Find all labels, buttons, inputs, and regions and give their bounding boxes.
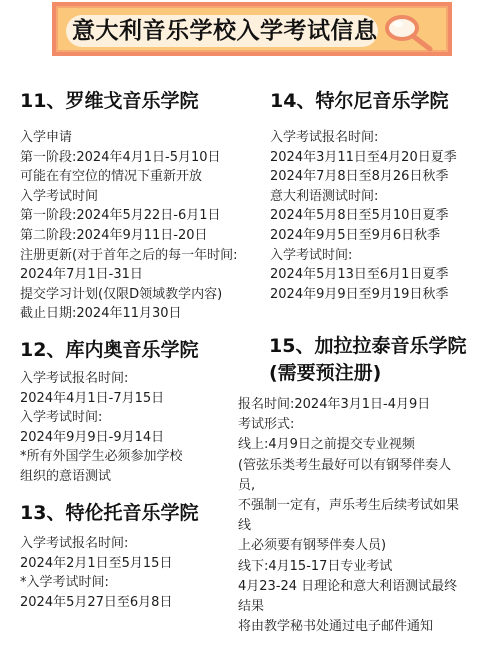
text-line: 2024年9月9日-9月14日 xyxy=(20,428,198,448)
page-title: 意大利音乐学校入学考试信息 xyxy=(72,15,378,47)
text-line: 入学考试时间: xyxy=(20,408,198,428)
text-line: 第二阶段:2024年9月11日-20日 xyxy=(20,226,237,246)
section-title: 13、特伦托音乐学院 xyxy=(20,500,198,526)
text-line: 结果 xyxy=(238,597,466,617)
text-line: 报名时间:2024年3月1日-4月9日 xyxy=(238,395,466,415)
section-subtitle: (需要预注册) xyxy=(238,360,466,387)
section-body: 入学考试报名时间: 2024年4月1日-7月15日 入学考试时间: 2024年9… xyxy=(20,369,198,487)
text-line: 入学考试时间 xyxy=(20,187,237,207)
text-line: 注册更新(对于首年之后的每一年时间: xyxy=(20,246,237,266)
text-line: 将由教学秘书处通过电子邮件通知 xyxy=(238,617,466,637)
text-line: 员, xyxy=(238,476,466,496)
section-trento: 13、特伦托音乐学院 入学考试报名时间: 2024年2月1日至5月15日 *入学… xyxy=(20,500,198,612)
text-line: 线上:4月9日之前提交专业视频 xyxy=(238,435,466,455)
section-body: 入学申请 第一阶段:2024年4月1日-5月10日 可能在有空位的情况下重新开放… xyxy=(20,128,237,324)
text-line: 入学考试报名时间: xyxy=(270,128,457,148)
text-line: 2024年5月8日至5月10日夏季 xyxy=(270,206,457,226)
section-terni: 14、特尔尼音乐学院 入学考试报名时间: 2024年3月11日至4月20日夏季 … xyxy=(270,88,457,304)
text-line: 4月23-24 日理论和意大利语测试最终 xyxy=(238,577,466,597)
text-line: (管弦乐类考生最好可以有钢琴伴奏人 xyxy=(238,456,466,476)
section-title: 11、罗维戈音乐学院 xyxy=(20,88,237,114)
text-line: 线下:4月15-17日专业考试 xyxy=(238,557,466,577)
banner-inner: 意大利音乐学校入学考试信息 xyxy=(56,6,448,52)
text-line: 2024年5月13日至6月1日夏季 xyxy=(270,265,457,285)
text-line: *入学考试时间: xyxy=(20,573,198,593)
section-title: 14、特尔尼音乐学院 xyxy=(270,88,457,114)
section-body: 入学考试报名时间: 2024年2月1日至5月15日 *入学考试时间: 2024年… xyxy=(20,534,198,612)
section-title: 15、加拉拉泰音乐学院 xyxy=(238,333,466,360)
section-gallarate: 15、加拉拉泰音乐学院 (需要预注册) 报名时间:2024年3月1日-4月9日 … xyxy=(238,333,466,637)
text-line: 入学考试时间: xyxy=(270,246,457,266)
title-banner: 意大利音乐学校入学考试信息 xyxy=(52,2,452,56)
text-line: 2024年9月5日至9月6日秋季 xyxy=(270,226,457,246)
text-line: 2024年7月8日至8月26日秋季 xyxy=(270,167,457,187)
section-rovigo: 11、罗维戈音乐学院 入学申请 第一阶段:2024年4月1日-5月10日 可能在… xyxy=(20,88,237,324)
text-line: 2024年4月1日-7月15日 xyxy=(20,389,198,409)
text-line: 入学申请 xyxy=(20,128,237,148)
text-line: 2024年5月27日至6月8日 xyxy=(20,593,198,613)
text-line: 2024年7月1日-31日 xyxy=(20,265,237,285)
text-line: 意大利语测试时间: xyxy=(270,187,457,207)
section-cuneo: 12、库内奥音乐学院 入学考试报名时间: 2024年4月1日-7月15日 入学考… xyxy=(20,337,198,487)
text-line: 不强制一定有，声乐考生后续考试如果 xyxy=(238,496,466,516)
text-line: 入学考试报名时间: xyxy=(20,369,198,389)
section-body: 报名时间:2024年3月1日-4月9日 考试形式: 线上:4月9日之前提交专业视… xyxy=(238,395,466,637)
text-line: 入学考试报名时间: xyxy=(20,534,198,554)
text-line: 线 xyxy=(238,516,466,536)
text-line: 上必须要有钢琴伴奏人员) xyxy=(238,536,466,556)
text-line: 第一阶段:2024年4月1日-5月10日 xyxy=(20,148,237,168)
text-line: 第一阶段:2024年5月22日-6月1日 xyxy=(20,206,237,226)
text-line: 截止日期:2024年11月30日 xyxy=(20,304,237,324)
text-line: 可能在有空位的情况下重新开放 xyxy=(20,167,237,187)
text-line: 考试形式: xyxy=(238,415,466,435)
text-line: 组织的意语测试 xyxy=(20,467,198,487)
magnifier-icon xyxy=(380,12,440,52)
text-line: 提交学习计划(仅限D领域教学内容) xyxy=(20,285,237,305)
text-line: 2024年9月9日至9月19日秋季 xyxy=(270,285,457,305)
text-line: 2024年3月11日至4月20日夏季 xyxy=(270,148,457,168)
section-body: 入学考试报名时间: 2024年3月11日至4月20日夏季 2024年7月8日至8… xyxy=(270,128,457,304)
text-line: *所有外国学生必须参加学校 xyxy=(20,447,198,467)
section-title: 12、库内奥音乐学院 xyxy=(20,337,198,363)
text-line: 2024年2月1日至5月15日 xyxy=(20,554,198,574)
